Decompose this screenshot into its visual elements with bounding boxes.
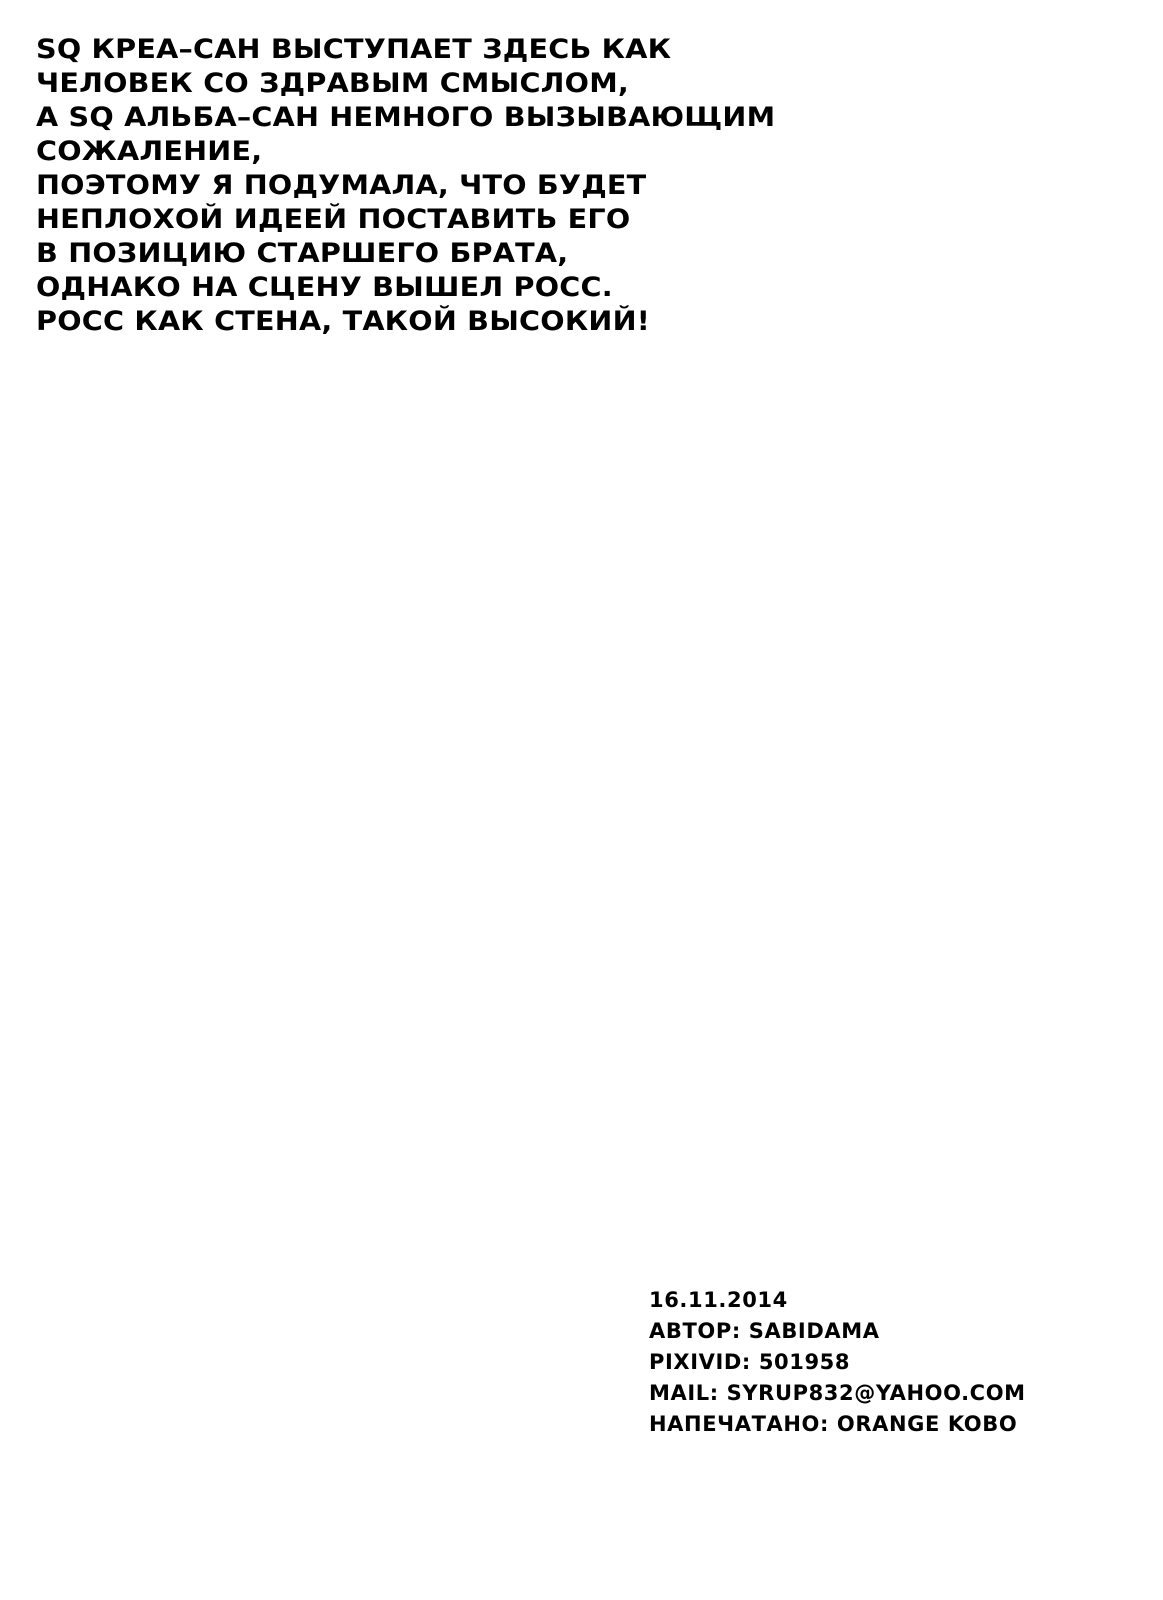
main-text-block: SQ КРЕА–САН ВЫСТУПАЕТ ЗДЕСЬ КАК ЧЕЛОВЕК … bbox=[36, 33, 733, 339]
credits-date: 16.11.2014 bbox=[649, 1285, 1026, 1316]
text-line: НЕПЛОХОЙ ИДЕЕЙ ПОСТАВИТЬ ЕГО bbox=[36, 203, 775, 237]
text-line: ПОЭТОМУ Я ПОДУМАЛА, ЧТО БУДЕТ bbox=[36, 169, 775, 203]
text-line: SQ КРЕА–САН ВЫСТУПАЕТ ЗДЕСЬ КАК bbox=[36, 33, 775, 67]
text-line: ОДНАКО НА СЦЕНУ ВЫШЕЛ РОСС. bbox=[36, 271, 775, 305]
text-line: СОЖАЛЕНИЕ, bbox=[36, 135, 775, 169]
text-line: РОСС КАК СТЕНА, ТАКОЙ ВЫСОКИЙ! bbox=[36, 305, 775, 339]
credits-printed-by: НАПЕЧАТАНО: ORANGE KOBO bbox=[649, 1409, 1026, 1440]
text-line: В ПОЗИЦИЮ СТАРШЕГО БРАТА, bbox=[36, 237, 775, 271]
credits-block: 16.11.2014 АВТОР: SABIDAMA PIXIVID: 5019… bbox=[649, 1285, 1026, 1440]
credits-mail: MAIL: SYRUP832@YAHOO.COM bbox=[649, 1378, 1026, 1409]
credits-author: АВТОР: SABIDAMA bbox=[649, 1316, 1026, 1347]
text-line: А SQ АЛЬБА–САН НЕМНОГО ВЫЗЫВАЮЩИМ bbox=[36, 101, 775, 135]
text-line: ЧЕЛОВЕК СО ЗДРАВЫМ СМЫСЛОМ, bbox=[36, 67, 775, 101]
credits-pixiv-id: PIXIVID: 501958 bbox=[649, 1347, 1026, 1378]
